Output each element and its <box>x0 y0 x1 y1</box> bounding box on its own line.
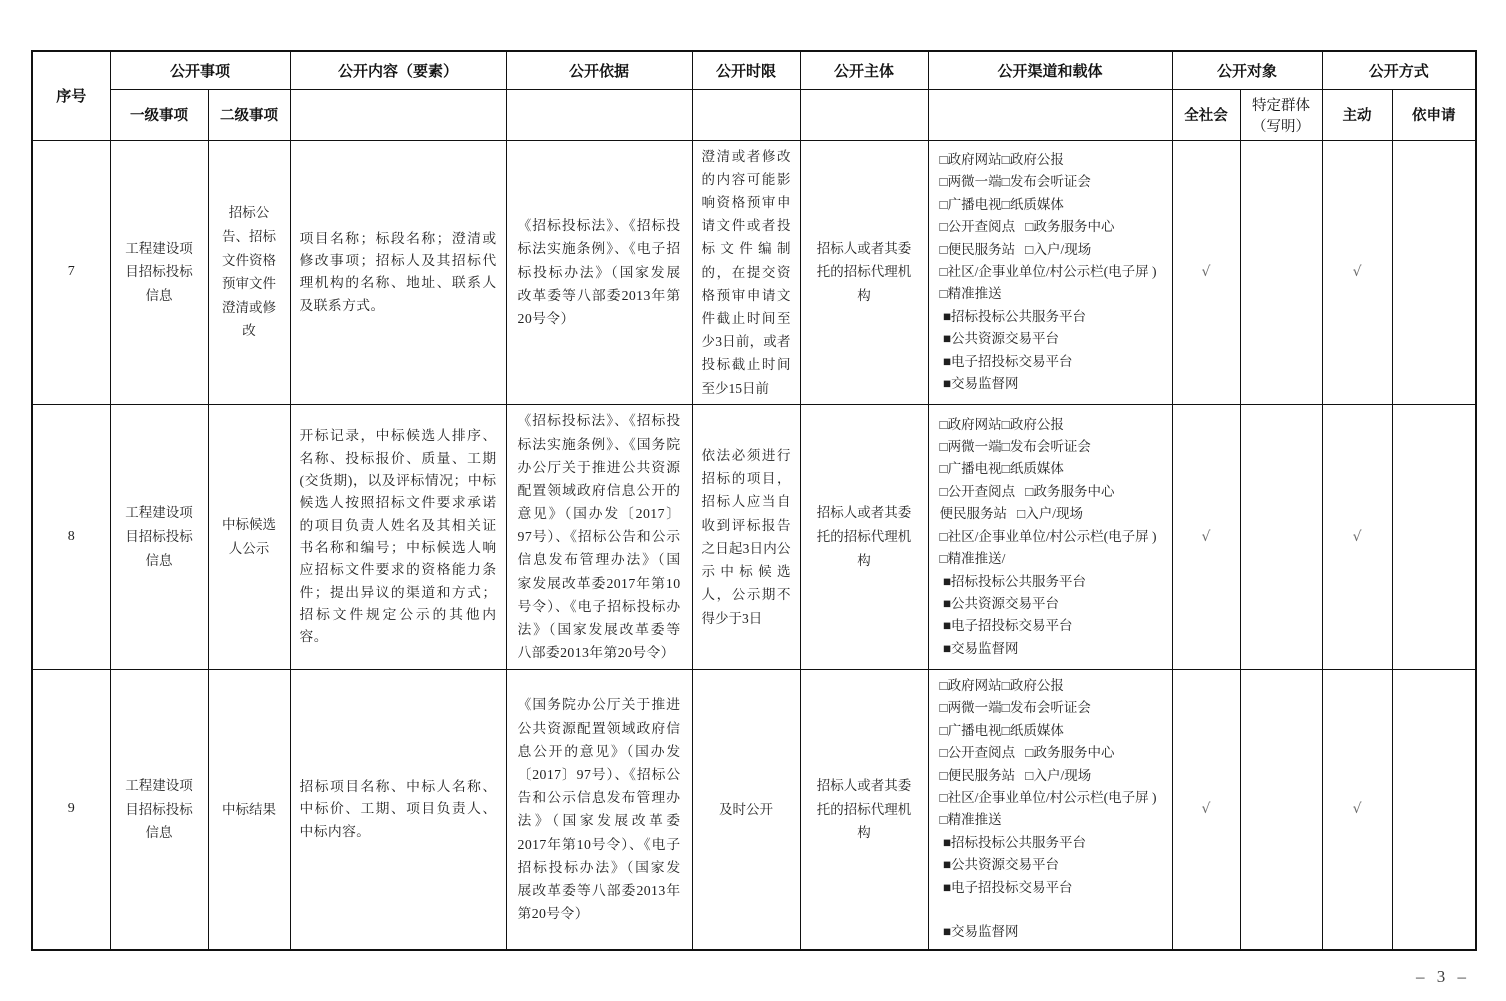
row7-basis: 《招标投标法》、《招标投标法实施条例》、《电子招标投标办法》（国家发展改革委等八… <box>506 140 692 404</box>
header-basis-sub <box>506 89 692 140</box>
row8-serial: 8 <box>32 404 110 669</box>
row9-matter-l2: 中标结果 <box>208 669 290 949</box>
row8-channels: □政府网站□政府公报 □两微一端□发布会听证会 □广播电视□纸质媒体 □公开查阅… <box>928 404 1172 669</box>
header-method-group: 公开方式 <box>1322 51 1476 89</box>
row7-matter-l1: 工程建设项目招标投标信息 <box>110 140 208 404</box>
table-row: 7 工程建设项目招标投标信息 招标公告、招标文件资格预审文件澄清或修改 项目名称… <box>32 140 1476 404</box>
header-subject-sub <box>800 89 928 140</box>
row8-subject: 招标人或者其委托的招标代理机构 <box>800 404 928 669</box>
header-audience-group: 公开对象 <box>1172 51 1322 89</box>
row7-method-active-checkmark: √ <box>1322 140 1392 404</box>
header-matter-l1: 一级事项 <box>110 89 208 140</box>
header-row-2: 一级事项 二级事项 全社会 特定群体 （写明） 主动 依申请 <box>32 89 1476 140</box>
row9-subject: 招标人或者其委托的招标代理机构 <box>800 669 928 949</box>
header-matter-group: 公开事项 <box>110 51 290 89</box>
header-method-on-request: 依申请 <box>1392 89 1476 140</box>
row7-matter-l2: 招标公告、招标文件资格预审文件澄清或修改 <box>208 140 290 404</box>
row8-matter-l2: 中标候选人公示 <box>208 404 290 669</box>
header-channels-sub <box>928 89 1172 140</box>
row9-audience-specific-cell <box>1240 669 1322 949</box>
row7-content: 项目名称；标段名称；澄清或修改事项；招标人及其招标代理机构的名称、地址、联系人及… <box>290 140 506 404</box>
header-time-limit-sub <box>692 89 800 140</box>
header-content-sub <box>290 89 506 140</box>
row8-method-active-checkmark: √ <box>1322 404 1392 669</box>
row9-method-on-request-cell <box>1392 669 1476 949</box>
header-time-limit: 公开时限 <box>692 51 800 89</box>
row8-time-limit: 依法必须进行招标的项目，招标人应当自收到评标报告之日起3日内公示中标候选人，公示… <box>692 404 800 669</box>
header-audience-all: 全社会 <box>1172 89 1240 140</box>
row9-serial: 9 <box>32 669 110 949</box>
row8-basis: 《招标投标法》、《招标投标法实施条例》、《国务院办公厅关于推进公共资源配置领域政… <box>506 404 692 669</box>
header-matter-l2: 二级事项 <box>208 89 290 140</box>
table-row: 8 工程建设项目招标投标信息 中标候选人公示 开标记录，中标候选人排序、名称、投… <box>32 404 1476 669</box>
header-row-1: 序号 公开事项 公开内容（要素） 公开依据 公开时限 公开主体 公开渠道和载体 … <box>32 51 1476 89</box>
row9-basis: 《国务院办公厅关于推进公共资源配置领域政府信息公开的意见》（国办发〔2017〕9… <box>506 669 692 949</box>
header-serial: 序号 <box>32 51 110 140</box>
row8-audience-all-checkmark: √ <box>1172 404 1240 669</box>
row7-method-on-request-cell <box>1392 140 1476 404</box>
header-subject: 公开主体 <box>800 51 928 89</box>
row7-time-limit: 澄清或者修改的内容可能影响资格预审申请文件或者投标文件编制的，在提交资格预审申请… <box>692 140 800 404</box>
row9-method-active-checkmark: √ <box>1322 669 1392 949</box>
row9-audience-all-checkmark: √ <box>1172 669 1240 949</box>
row7-audience-specific-cell <box>1240 140 1322 404</box>
header-method-active: 主动 <box>1322 89 1392 140</box>
row8-audience-specific-cell <box>1240 404 1322 669</box>
row7-subject: 招标人或者其委托的招标代理机构 <box>800 140 928 404</box>
row9-time-limit: 及时公开 <box>692 669 800 949</box>
row7-channels: □政府网站□政府公报 □两微一端□发布会听证会 □广播电视□纸质媒体 □公开查阅… <box>928 140 1172 404</box>
row9-content: 招标项目名称、中标人名称、中标价、工期、项目负责人、中标内容。 <box>290 669 506 949</box>
row9-channels: □政府网站□政府公报 □两微一端□发布会听证会 □广播电视□纸质媒体 □公开查阅… <box>928 669 1172 949</box>
row8-matter-l1: 工程建设项目招标投标信息 <box>110 404 208 669</box>
row7-audience-all-checkmark: √ <box>1172 140 1240 404</box>
row9-matter-l1: 工程建设项目招标投标信息 <box>110 669 208 949</box>
header-basis: 公开依据 <box>506 51 692 89</box>
row8-content: 开标记录，中标候选人排序、名称、投标报价、质量、工期(交货期)，以及评标情况；中… <box>290 404 506 669</box>
row8-method-on-request-cell <box>1392 404 1476 669</box>
header-audience-specific: 特定群体 （写明） <box>1240 89 1322 140</box>
header-channels: 公开渠道和载体 <box>928 51 1172 89</box>
page-number: – 3 – <box>1416 967 1470 987</box>
row7-serial: 7 <box>32 140 110 404</box>
header-content: 公开内容（要素） <box>290 51 506 89</box>
disclosure-table: 序号 公开事项 公开内容（要素） 公开依据 公开时限 公开主体 公开渠道和载体 … <box>31 50 1477 951</box>
table-header: 序号 公开事项 公开内容（要素） 公开依据 公开时限 公开主体 公开渠道和载体 … <box>32 51 1476 140</box>
table-row: 9 工程建设项目招标投标信息 中标结果 招标项目名称、中标人名称、中标价、工期、… <box>32 669 1476 949</box>
document-page: 序号 公开事项 公开内容（要素） 公开依据 公开时限 公开主体 公开渠道和载体 … <box>0 0 1506 1001</box>
